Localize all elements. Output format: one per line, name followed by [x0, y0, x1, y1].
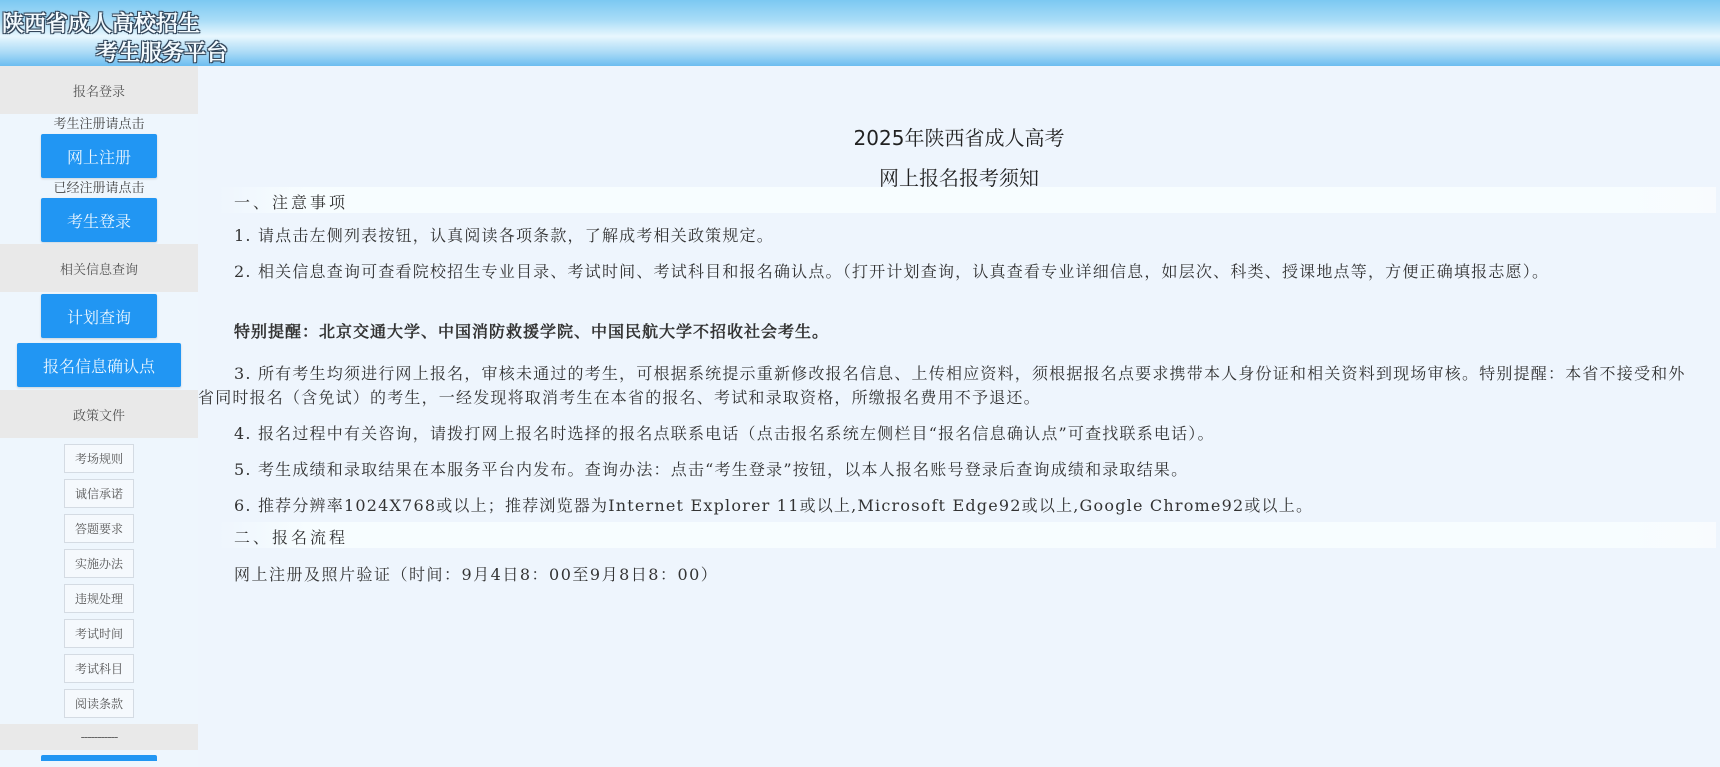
notice-special-reminder: 特别提醒：北京交通大学、中国消防救援学院、中国民航大学不招收社会考生。: [198, 320, 1698, 344]
policy-item-implementation[interactable]: 实施办法: [64, 549, 134, 578]
notice-item-4: 4. 报名过程中有关咨询，请拨打网上报名时选择的报名点联系电话（点击报名系统左侧…: [198, 422, 1698, 446]
site-title-line1: 陕西省成人高校招生: [2, 7, 200, 38]
policy-item-read-terms[interactable]: 阅读条款: [64, 689, 134, 718]
sidebar-bottom-button[interactable]: [41, 755, 157, 761]
site-header-banner: 陕西省成人高校招生 考生服务平台: [0, 0, 1720, 66]
notice-item-3: 3. 所有考生均须进行网上报名，审核未通过的考生，可根据系统提示重新修改报名信息…: [198, 362, 1698, 410]
policy-item-violation-handling[interactable]: 违规处理: [64, 584, 134, 613]
section2-title: 二、报名流程: [234, 525, 348, 548]
notice-item-5: 5. 考生成绩和录取结果在本服务平台内发布。查询办法：点击“考生登录”按钮，以本…: [198, 458, 1698, 482]
notice-item-1: 1. 请点击左侧列表按钮，认真阅读各项条款，了解成考相关政策规定。: [198, 224, 1698, 248]
notice-item-6: 6. 推荐分辨率1024X768或以上；推荐浏览器为Internet Explo…: [198, 494, 1698, 518]
notice-item-2: 2. 相关信息查询可查看院校招生专业目录、考试时间、考试科目和报名确认点。（打开…: [198, 260, 1698, 284]
policy-item-exam-rules[interactable]: 考场规则: [64, 444, 134, 473]
notice-title-line1: 2025年陕西省成人高考: [198, 122, 1720, 151]
sidebar-section-query: 相关信息查询: [0, 244, 198, 292]
policy-item-exam-time[interactable]: 考试时间: [64, 619, 134, 648]
sidebar-section-policy: 政策文件: [0, 390, 198, 438]
login-hint: 已经注册请点击: [0, 180, 198, 198]
sidebar-section-login: 报名登录: [0, 66, 198, 114]
site-title-line2: 考生服务平台: [96, 36, 228, 67]
policy-list: 考场规则 诚信承诺 答题要求 实施办法 违规处理 考试时间 考试科目 阅读条款: [0, 438, 198, 718]
register-hint: 考生注册请点击: [0, 116, 198, 134]
section-band: [216, 187, 1716, 213]
plan-query-button[interactable]: 计划查询: [41, 294, 157, 338]
login-button[interactable]: 考生登录: [41, 198, 157, 242]
policy-item-integrity-pledge[interactable]: 诚信承诺: [64, 479, 134, 508]
sidebar-separator: -----------: [0, 724, 198, 750]
policy-item-answer-requirements[interactable]: 答题要求: [64, 514, 134, 543]
notice-content: 2025年陕西省成人高考 网上报名报考须知 一、注意事项 1. 请点击左侧列表按…: [198, 66, 1720, 767]
policy-item-exam-subjects[interactable]: 考试科目: [64, 654, 134, 683]
register-button[interactable]: 网上注册: [41, 134, 157, 178]
section-band: [216, 522, 1716, 548]
confirm-point-button[interactable]: 报名信息确认点: [17, 343, 181, 387]
section1-title: 一、注意事项: [234, 190, 348, 213]
sidebar: 报名登录 考生注册请点击 网上注册 已经注册请点击 考生登录 相关信息查询 计划…: [0, 66, 198, 767]
process-step-register: 网上注册及照片验证（时间：9月4日8：00至9月8日8：00）: [234, 562, 718, 585]
